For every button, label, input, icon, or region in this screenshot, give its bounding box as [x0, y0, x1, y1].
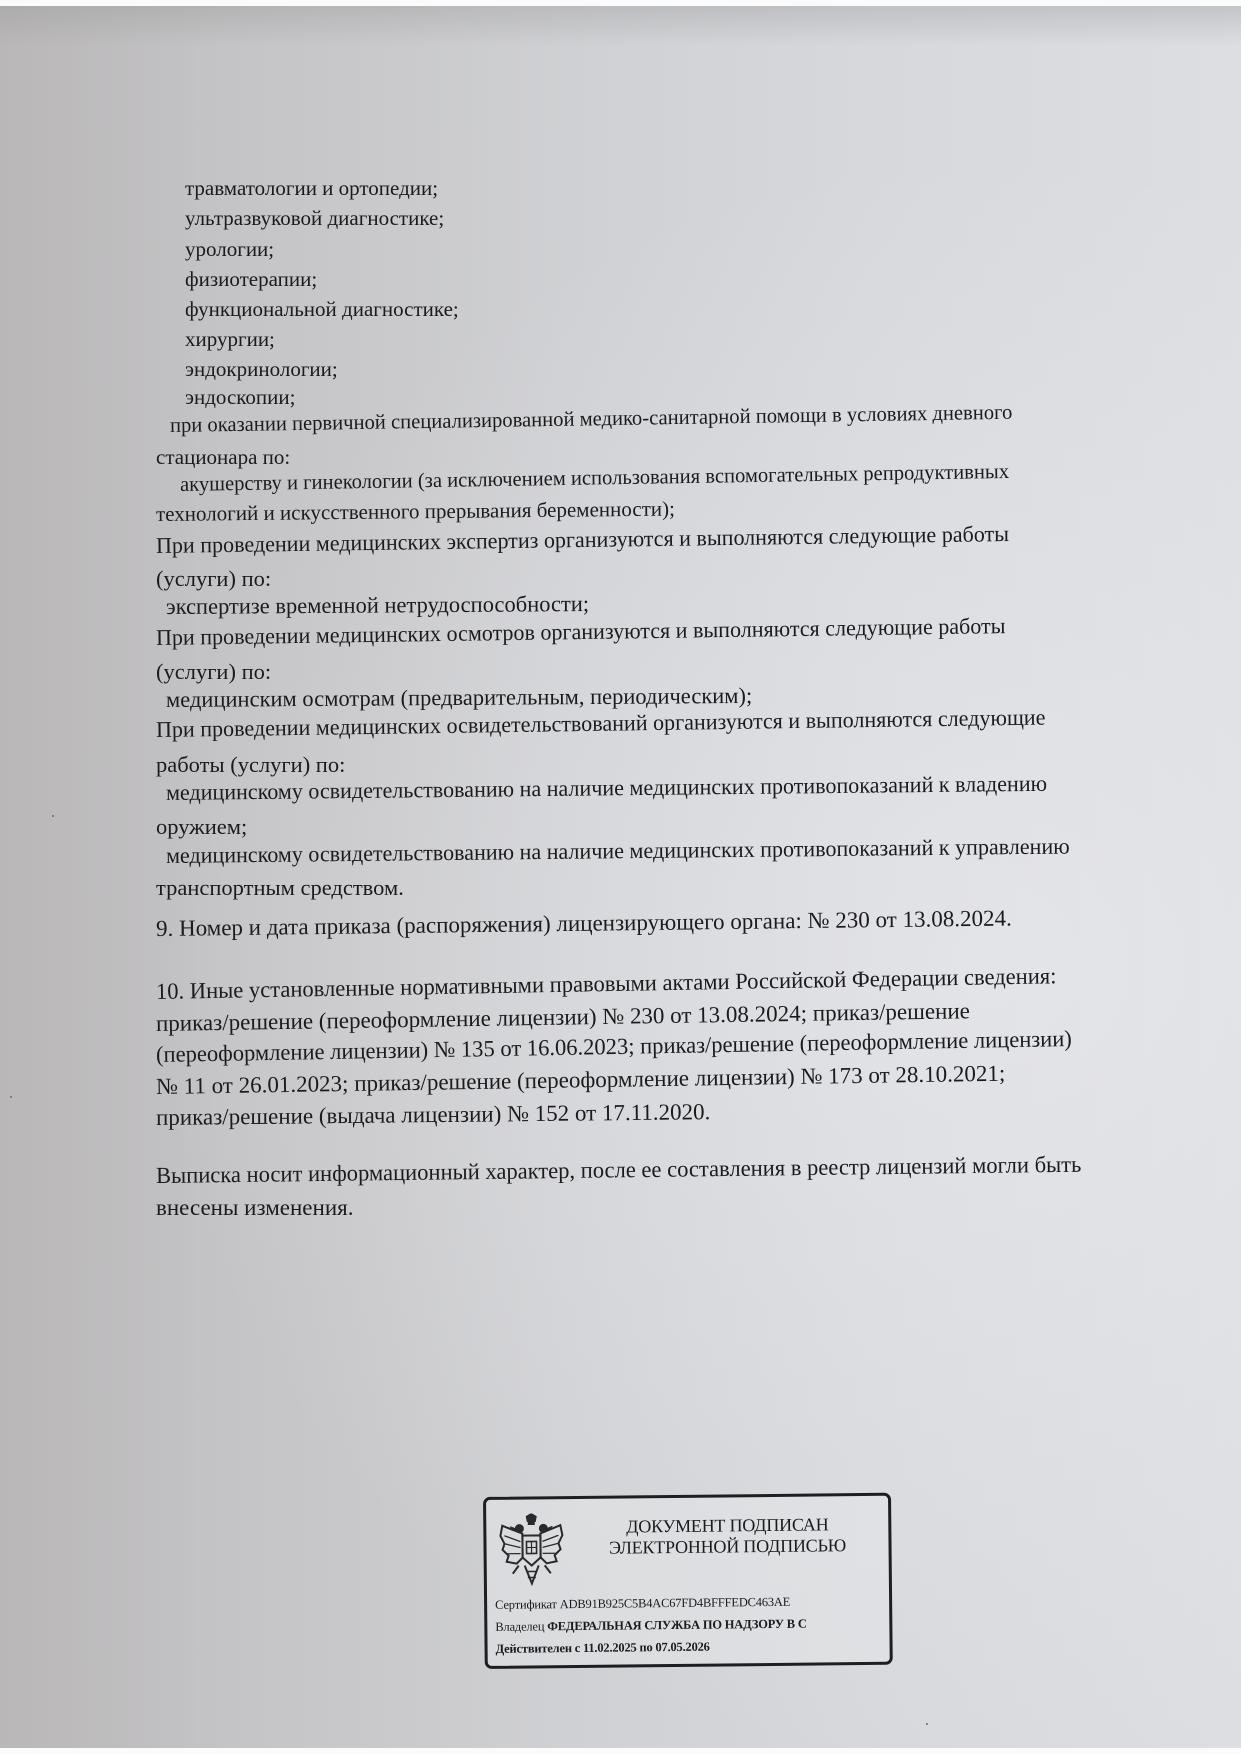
list-item: травматологии и ортопедии;	[185, 178, 438, 199]
expertise-item: экспертизе временной нетрудоспособности;	[166, 593, 589, 618]
disclaimer-cont: внесены изменения.	[156, 1196, 353, 1219]
certification-intro-cont: работы (услуги) по:	[156, 754, 345, 777]
stamp-certificate: Сертификат ADB91B925C5B4AC67FD4BFFFEDC46…	[495, 1595, 790, 1613]
electronic-signature-stamp: ДОКУМЕНТ ПОДПИСАН ЭЛЕКТРОННОЙ ПОДПИСЬЮ С…	[483, 1493, 893, 1669]
photo-border-bottom	[0, 1748, 1241, 1754]
exams-intro-cont: (услуги) по:	[156, 661, 271, 684]
list-item: урологии;	[185, 239, 274, 260]
certification-item-cont: транспортным средством.	[156, 877, 404, 900]
owner-value: ФЕДЕРАЛЬНАЯ СЛУЖБА ПО НАДЗОРУ В С	[547, 1617, 807, 1634]
list-item: хирургии;	[185, 329, 275, 350]
list-item: физиотерапии;	[185, 269, 317, 290]
day-hospital-item-cont: технологий и искусственного прерывания б…	[156, 499, 675, 525]
day-hospital-intro-cont: стационара по:	[156, 447, 290, 468]
section-10-line: приказ/решение (выдача лицензии) № 152 о…	[156, 1100, 711, 1129]
certification-item-cont: оружием;	[156, 816, 247, 839]
paper-speck	[926, 1723, 928, 1725]
stamp-title-line-1: ДОКУМЕНТ ПОДПИСАН	[582, 1514, 872, 1538]
exams-item: медицинским осмотрам (предварительным, п…	[166, 685, 752, 712]
stamp-validity: Действителен с 11.02.2025 по 07.05.2026	[496, 1640, 710, 1657]
paper-speck	[52, 815, 54, 817]
stamp-title: ДОКУМЕНТ ПОДПИСАН ЭЛЕКТРОННОЙ ПОДПИСЬЮ	[582, 1514, 872, 1559]
list-item: эндоскопии;	[185, 387, 295, 408]
expertise-intro-cont: (услуги) по:	[156, 568, 271, 591]
stamp-title-line-2: ЭЛЕКТРОННОЙ ПОДПИСЬЮ	[582, 1535, 872, 1559]
page-shadow	[0, 6, 1241, 46]
paper-speck	[10, 1096, 12, 1098]
list-item: функциональной диагностике;	[185, 299, 459, 320]
certificate-label: Сертификат	[495, 1597, 557, 1612]
list-item: ультразвуковой диагностике;	[185, 208, 444, 229]
owner-label: Владелец	[495, 1619, 544, 1634]
double-headed-eagle-emblem-icon	[498, 1513, 565, 1588]
certificate-value: ADB91B925C5B4AC67FD4BFFFEDC463AE	[560, 1595, 791, 1611]
list-item: эндокринологии;	[185, 359, 338, 380]
stamp-owner: Владелец ФЕДЕРАЛЬНАЯ СЛУЖБА ПО НАДЗОРУ В…	[495, 1617, 806, 1635]
